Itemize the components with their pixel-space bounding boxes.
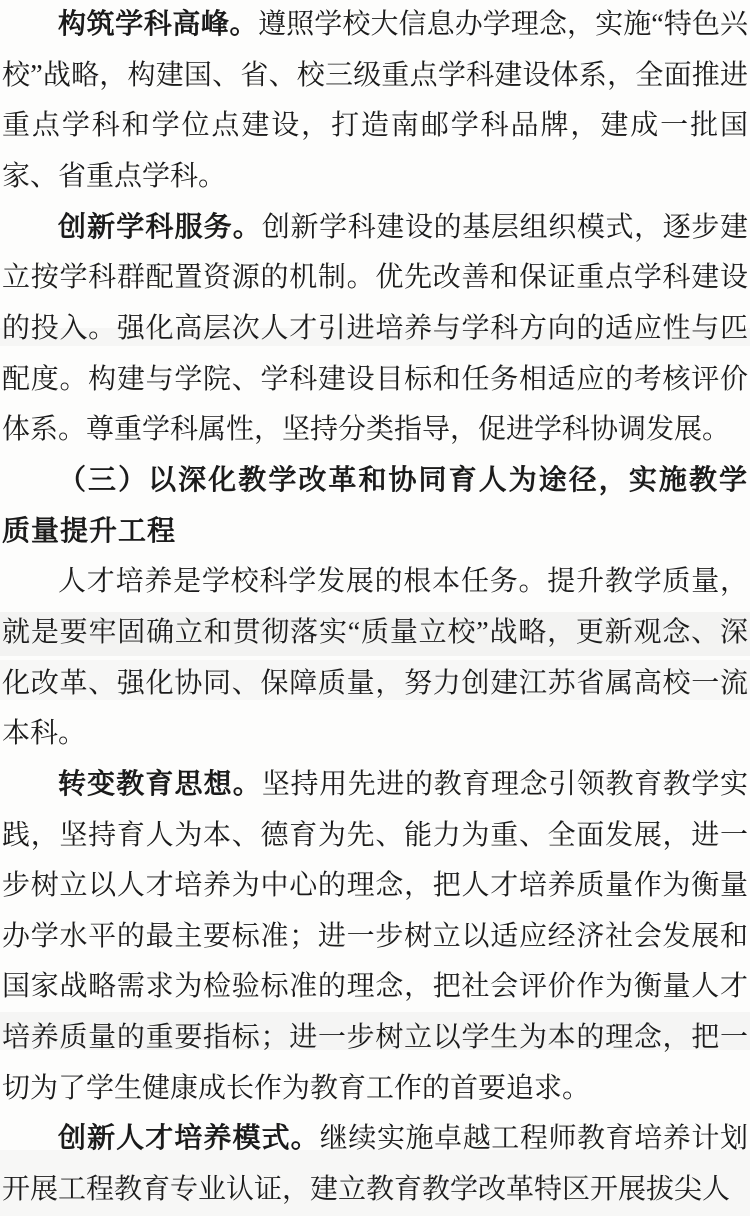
paragraph-body-text: 创新学科建设的基层组织模式，逐步建立按学科群配置资源的机制。优先改善和保证重点学… [2,212,748,446]
section-heading-three: （三）以深化教学改革和协同育人为途径，实施教学质量提升工程 [2,456,748,557]
paragraph-lead-bold: 创新人才培养模式。 [58,1123,320,1154]
section-heading-text: （三）以深化教学改革和协同育人为途径，实施教学质量提升工程 [2,465,748,547]
paragraph-lead-bold: 构筑学科高峰。 [58,9,258,40]
paragraph-lead-bold: 创新学科服务。 [58,212,262,243]
paragraph-discipline-service: 创新学科服务。创新学科建设的基层组织模式，逐步建立按学科群配置资源的机制。优先改… [2,203,748,456]
paragraph-body-text: 坚持用先进的教育理念引领教育教学实践，坚持育人为本、德育为先、能力为重、全面发展… [2,769,748,1104]
paragraph-talent-cultivation-intro: 人才培养是学校科学发展的根本任务。提升教学质量，就是要牢固确立和贯彻落实“质量立… [2,557,748,760]
paragraph-discipline-peak: 构筑学科高峰。遵照学校大信息办学理念，实施“特色兴校”战略，构建国、省、校三级重… [2,0,748,203]
document-page: 构筑学科高峰。遵照学校大信息办学理念，实施“特色兴校”战略，构建国、省、校三级重… [0,0,750,1216]
paragraph-education-thought: 转变教育思想。坚持用先进的教育理念引领教育教学实践，坚持育人为本、德育为先、能力… [2,760,748,1115]
paragraph-lead-bold: 转变教育思想。 [58,769,262,800]
paragraph-talent-model: 创新人才培养模式。继续实施卓越工程师教育培养计划开展工程教育专业认证，建立教育教… [2,1114,748,1215]
paragraph-body-text: 人才培养是学校科学发展的根本任务。提升教学质量，就是要牢固确立和贯彻落实“质量立… [2,566,748,749]
